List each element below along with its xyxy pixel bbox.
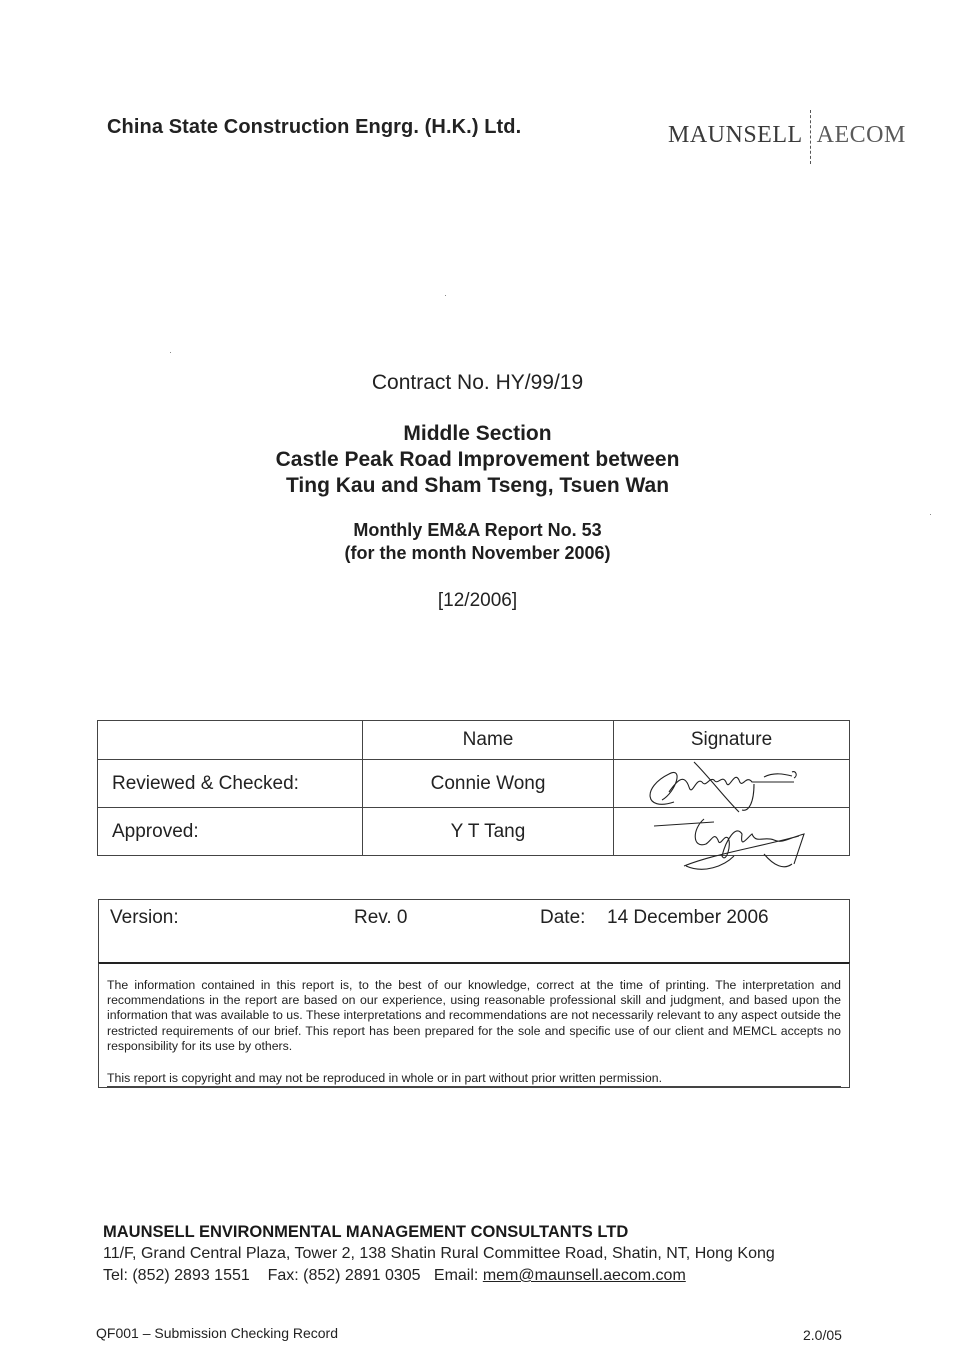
signoff-row: Approved: Y T Tang xyxy=(98,808,850,856)
report-number: Monthly EM&A Report No. 53 xyxy=(0,519,955,542)
person-name: Y T Tang xyxy=(363,808,614,856)
header-role xyxy=(98,721,363,760)
version-value: Rev. 0 xyxy=(354,907,408,929)
signature-cell xyxy=(614,760,850,808)
signoff-row: Reviewed & Checked: Connie Wong xyxy=(98,760,850,808)
project-line-2: Ting Kau and Sham Tseng, Tsuen Wan xyxy=(0,473,955,499)
disclaimer-text: The information contained in this report… xyxy=(107,978,841,1054)
version-label: Version: xyxy=(110,907,179,929)
consultant-address: 11/F, Grand Central Plaza, Tower 2, 138 … xyxy=(103,1245,775,1263)
company-name: China State Construction Engrg. (H.K.) L… xyxy=(107,116,521,139)
issue-date-code: [12/2006] xyxy=(0,590,955,612)
email-link[interactable]: mem@maunsell.aecom.com xyxy=(483,1267,686,1284)
fax: Fax: (852) 2891 0305 xyxy=(268,1267,421,1284)
person-name: Connie Wong xyxy=(363,760,614,808)
email-label: Email: xyxy=(434,1267,478,1284)
date-value: 14 December 2006 xyxy=(607,907,769,929)
section-name: Middle Section xyxy=(0,421,955,447)
version-box: Version: Rev. 0 Date: 14 December 2006 xyxy=(98,899,850,963)
consultant-contact: Tel: (852) 2893 1551 Fax: (852) 2891 030… xyxy=(103,1267,686,1285)
telephone: Tel: (852) 2893 1551 xyxy=(103,1267,250,1284)
project-title: Middle Section Castle Peak Road Improvem… xyxy=(0,421,955,499)
role-label: Approved: xyxy=(98,808,363,856)
contract-number: Contract No. HY/99/19 xyxy=(0,371,955,395)
form-version: 2.0/05 xyxy=(803,1327,842,1343)
scan-speck xyxy=(930,514,931,515)
form-code: QF001 – Submission Checking Record xyxy=(96,1325,338,1341)
project-line-1: Castle Peak Road Improvement between xyxy=(0,447,955,473)
copyright-notice: This report is copyright and may not be … xyxy=(107,1071,841,1087)
signature-cell xyxy=(614,808,850,856)
logo-maunsell: MAUNSELL xyxy=(668,122,803,149)
report-title: Monthly EM&A Report No. 53 (for the mont… xyxy=(0,519,955,565)
role-label: Reviewed & Checked: xyxy=(98,760,363,808)
maunsell-aecom-logo: MAUNSELL AECOM xyxy=(668,110,906,160)
date-label: Date: xyxy=(540,907,585,929)
signoff-table: Name Signature Reviewed & Checked: Conni… xyxy=(97,720,850,856)
logo-aecom: AECOM xyxy=(817,122,906,149)
logo-divider xyxy=(810,110,811,164)
report-period: (for the month November 2006) xyxy=(0,542,955,565)
handwritten-signature-icon xyxy=(614,804,864,874)
scan-speck xyxy=(445,295,446,296)
disclaimer-box: The information contained in this report… xyxy=(98,962,850,1088)
consultant-name: MAUNSELL ENVIRONMENTAL MANAGEMENT CONSUL… xyxy=(103,1223,628,1242)
scan-speck xyxy=(170,352,171,353)
header-name: Name xyxy=(363,721,614,760)
